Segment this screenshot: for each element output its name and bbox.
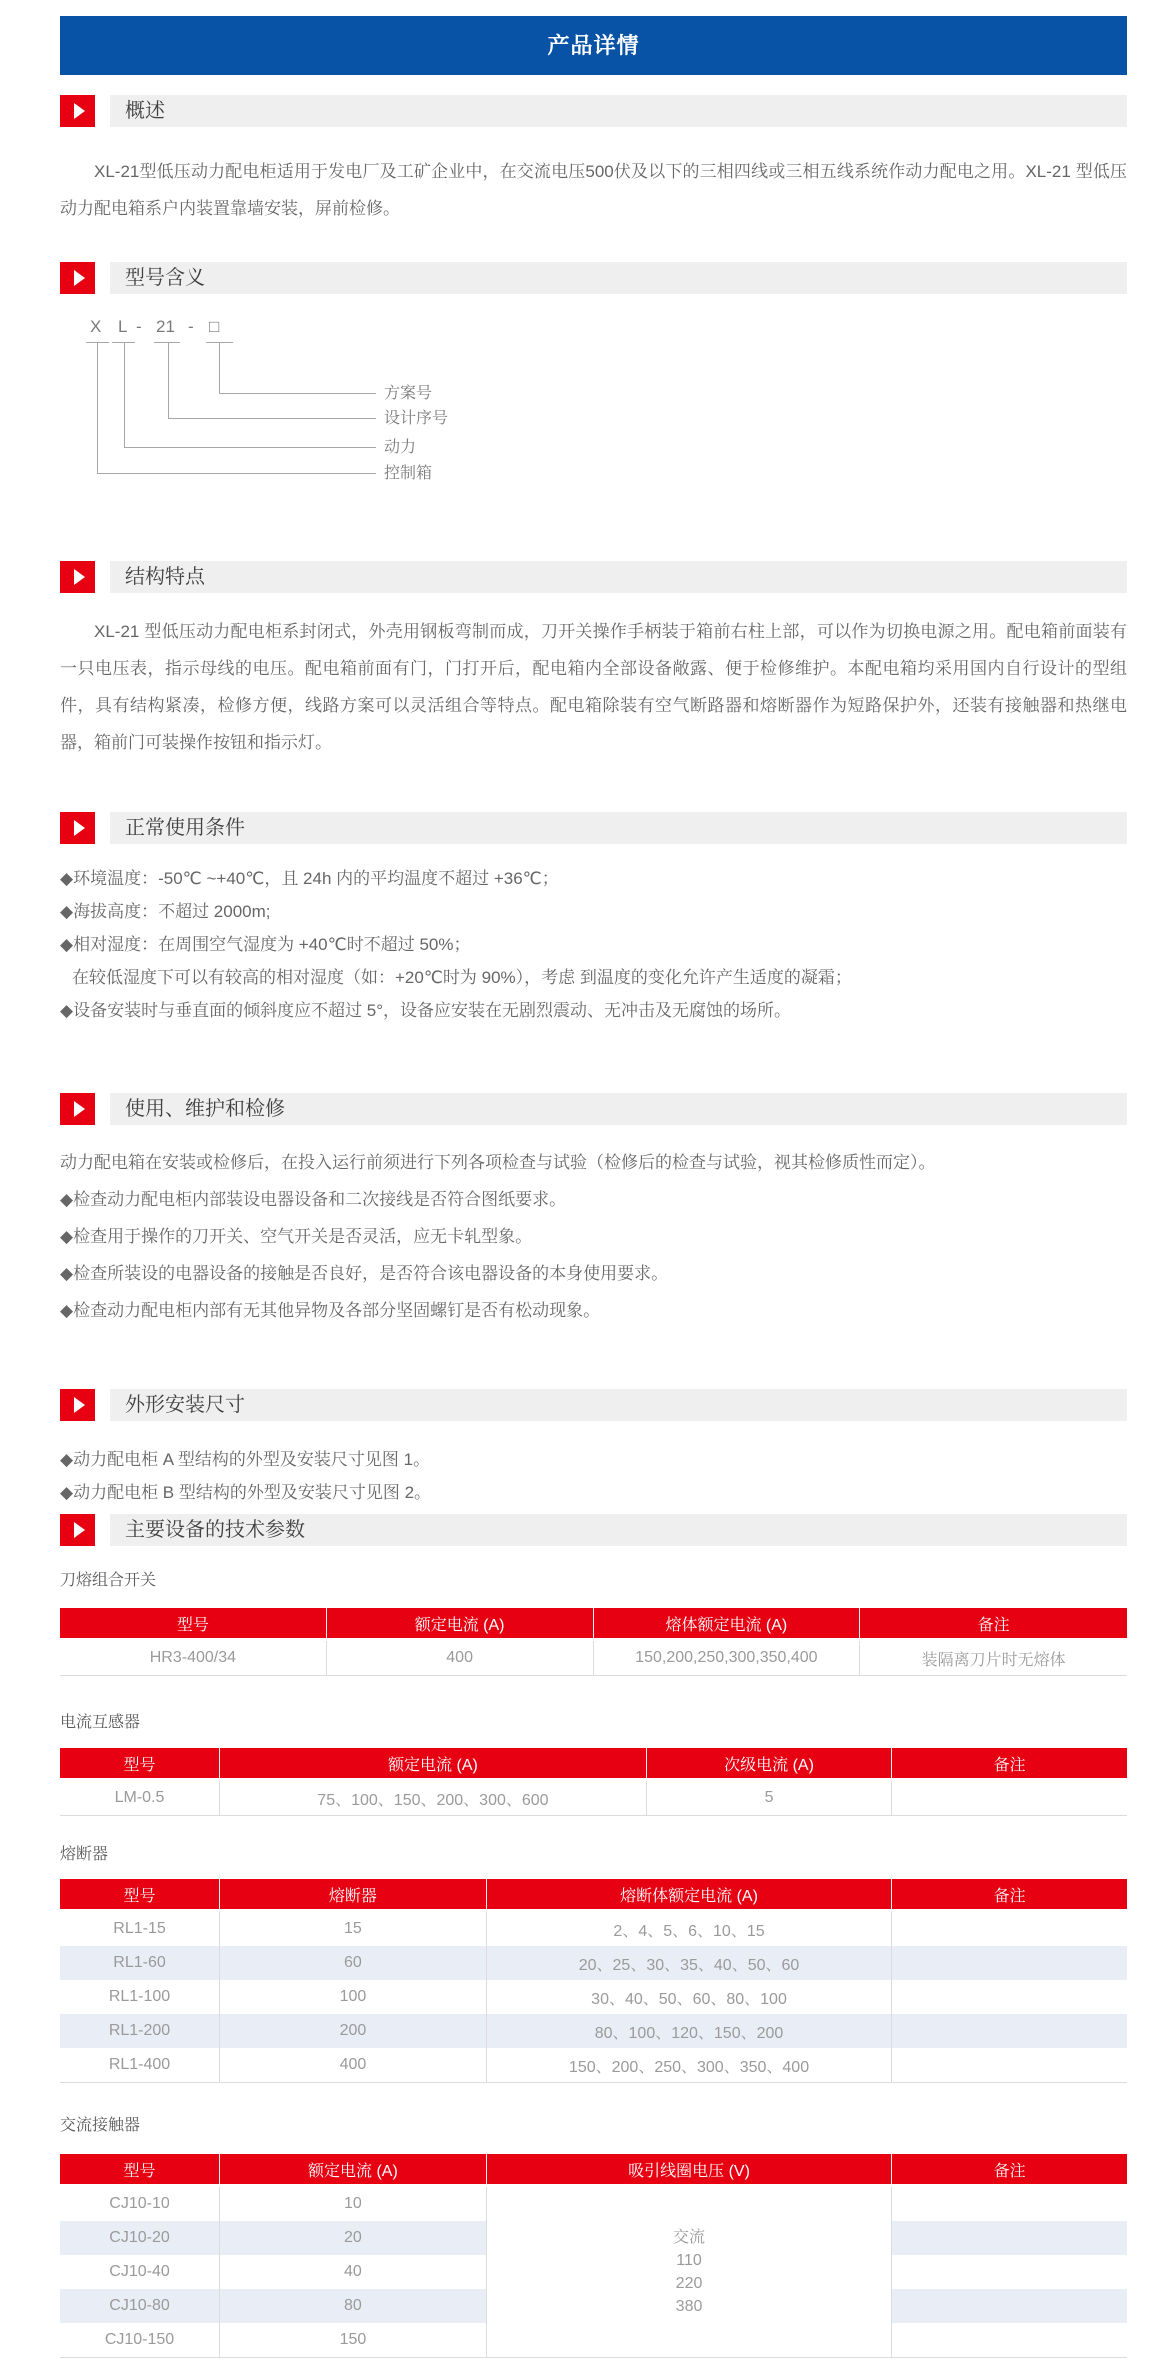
table-cell: 10 <box>220 2187 487 2221</box>
column-header: 吸引线圈电压 (V) <box>487 2154 892 2187</box>
table-cell: RL1-15 <box>60 1912 220 1946</box>
table-cell: RL1-400 <box>60 2048 220 2082</box>
column-header: 备注 <box>860 1608 1127 1641</box>
table-row: CJ10-10 10 交流 110 220 380 <box>60 2187 1127 2221</box>
column-header: 熔断体额定电流 (A) <box>487 1879 892 1912</box>
table-cell <box>892 1946 1127 1980</box>
table-cell: 80 <box>220 2289 487 2323</box>
structure-paragraph: XL-21 型低压动力配电柜系封闭式，外壳用钢板弯制而成，刀开关操作手柄装于箱前… <box>60 613 1127 761</box>
table-cell: 2、4、5、6、10、15 <box>487 1912 892 1946</box>
table-cell: RL1-60 <box>60 1946 220 1980</box>
maintenance-item: ◆检查所装设的电器设备的接触是否良好，是否符合该电器设备的本身使用要求。 <box>60 1255 1127 1292</box>
play-triangle-icon <box>74 569 85 585</box>
diagram-connector-line <box>97 342 376 474</box>
model-code-part: X <box>90 316 101 338</box>
table-cell: 400 <box>327 1641 594 1675</box>
condition-item: ◆设备安装时与垂直面的倾斜度应不超过 5°，设备应安装在无剧烈震动、无冲击及无腐… <box>60 994 1127 1027</box>
section-arrow-icon <box>60 561 95 593</box>
ac-contactor-table: 型号 额定电流 (A) 吸引线圈电压 (V) 备注 CJ10-10 10 交流 … <box>60 2154 1127 2358</box>
coil-voltage-line: 交流 <box>487 2226 891 2249</box>
table-row: RL1-200 200 80、100、120、150、200 <box>60 2014 1127 2048</box>
condition-item: ◆环境温度：-50℃ ~+40℃，且 24h 内的平均温度不超过 +36℃； <box>60 862 1127 895</box>
column-header: 型号 <box>60 1879 220 1912</box>
diagram-label: 控制箱 <box>384 464 432 484</box>
table-cell: 5 <box>647 1781 892 1815</box>
page-title: 产品详情 <box>60 16 1127 75</box>
table-row: LM-0.5 75、100、150、200、300、600 5 <box>60 1781 1127 1815</box>
diagram-label: 设计序号 <box>384 409 448 429</box>
play-triangle-icon <box>74 103 85 119</box>
section-title: 外形安装尺寸 <box>110 1389 1127 1421</box>
section-title: 主要设备的技术参数 <box>110 1514 1127 1546</box>
section-arrow-icon <box>60 1514 95 1546</box>
table-header-row: 型号 额定电流 (A) 吸引线圈电压 (V) 备注 <box>60 2154 1127 2187</box>
table-cell <box>892 1912 1127 1946</box>
table-cell <box>892 2048 1127 2082</box>
section-arrow-icon <box>60 95 95 127</box>
table-header-row: 型号 额定电流 (A) 熔体额定电流 (A) 备注 <box>60 1608 1127 1641</box>
table-row: RL1-15 15 2、4、5、6、10、15 <box>60 1912 1127 1946</box>
table-header-row: 型号 熔断器 熔断体额定电流 (A) 备注 <box>60 1879 1127 1912</box>
maintenance-item: ◆检查用于操作的刀开关、空气开关是否灵活，应无卡轧型象。 <box>60 1218 1127 1255</box>
table-cell <box>892 2255 1127 2289</box>
table-cell <box>892 2187 1127 2221</box>
section-arrow-icon <box>60 1389 95 1421</box>
table-cell: 60 <box>220 1946 487 1980</box>
table-cell: LM-0.5 <box>60 1781 220 1815</box>
coil-voltage-merged-cell: 交流 110 220 380 <box>487 2187 892 2357</box>
coil-voltage-line: 220 <box>487 2272 891 2295</box>
maintenance-list: 动力配电箱在安装或检修后，在投入运行前须进行下列各项检查与试验（检修后的检查与试… <box>60 1144 1127 1329</box>
table-cell: 80、100、120、150、200 <box>487 2014 892 2048</box>
table-cell: HR3-400/34 <box>60 1641 327 1675</box>
table-cell: CJ10-20 <box>60 2221 220 2255</box>
section-header-overview: 概述 <box>60 95 1127 127</box>
play-triangle-icon <box>74 270 85 286</box>
table-cell: 15 <box>220 1912 487 1946</box>
condition-item: ◆相对湿度：在周围空气湿度为 +40℃时不超过 50%； <box>60 928 1127 961</box>
column-header: 型号 <box>60 1748 220 1781</box>
model-code-part: - <box>188 316 194 338</box>
section-title: 结构特点 <box>110 561 1127 593</box>
section-arrow-icon <box>60 262 95 294</box>
knife-fuse-switch-table: 型号 额定电流 (A) 熔体额定电流 (A) 备注 HR3-400/34 400… <box>60 1608 1127 1676</box>
table-cell <box>892 2289 1127 2323</box>
play-triangle-icon <box>74 820 85 836</box>
table-cell: 200 <box>220 2014 487 2048</box>
table-cell: RL1-100 <box>60 1980 220 2014</box>
section-arrow-icon <box>60 812 95 844</box>
section-title: 正常使用条件 <box>110 812 1127 844</box>
maintenance-item: ◆检查动力配电柜内部装设电器设备和二次接线是否符合图纸要求。 <box>60 1181 1127 1218</box>
coil-voltage-line: 380 <box>487 2295 891 2318</box>
model-code-part: L <box>118 316 127 338</box>
table-cell: 150、200、250、300、350、400 <box>487 2048 892 2082</box>
column-header: 额定电流 (A) <box>220 1748 647 1781</box>
section-title: 概述 <box>110 95 1127 127</box>
condition-item: ◆海拔高度：不超过 2000m; <box>60 895 1127 928</box>
table-row: RL1-400 400 150、200、250、300、350、400 <box>60 2048 1127 2082</box>
maintenance-item: 动力配电箱在安装或检修后，在投入运行前须进行下列各项检查与试验（检修后的检查与试… <box>60 1144 1127 1181</box>
column-header: 额定电流 (A) <box>327 1608 594 1641</box>
table-cell: CJ10-150 <box>60 2323 220 2357</box>
table-row: RL1-60 60 20、25、30、35、40、50、60 <box>60 1946 1127 1980</box>
maintenance-item: ◆检查动力配电柜内部有无其他异物及各部分坚固螺钉是否有松动现象。 <box>60 1292 1127 1329</box>
section-header-structure: 结构特点 <box>60 561 1127 593</box>
coil-voltage-line: 110 <box>487 2249 891 2272</box>
table-title-knife-fuse-switch: 刀熔组合开关 <box>60 1570 1127 1592</box>
column-header: 型号 <box>60 2154 220 2187</box>
column-header: 备注 <box>892 1879 1127 1912</box>
table-cell <box>892 1980 1127 2014</box>
diagram-label: 动力 <box>384 438 416 458</box>
table-cell <box>892 1781 1127 1815</box>
table-cell: 30、40、50、60、80、100 <box>487 1980 892 2014</box>
table-title-ac-contactor: 交流接触器 <box>60 2115 1127 2137</box>
column-header: 额定电流 (A) <box>220 2154 487 2187</box>
play-triangle-icon <box>74 1101 85 1117</box>
fuse-table: 型号 熔断器 熔断体额定电流 (A) 备注 RL1-15 15 2、4、5、6、… <box>60 1879 1127 2083</box>
table-cell: CJ10-40 <box>60 2255 220 2289</box>
section-header-conditions: 正常使用条件 <box>60 812 1127 844</box>
model-code-diagram: X L - 21 - □ 方案号 设计序号 动力 控制箱 <box>60 316 1127 498</box>
table-cell: CJ10-80 <box>60 2289 220 2323</box>
column-header: 熔断器 <box>220 1879 487 1912</box>
current-transformer-table: 型号 额定电流 (A) 次级电流 (A) 备注 LM-0.5 75、100、15… <box>60 1748 1127 1816</box>
table-cell <box>892 2221 1127 2255</box>
table-cell: 装隔离刀片时无熔体 <box>860 1641 1127 1675</box>
table-cell: RL1-200 <box>60 2014 220 2048</box>
table-cell: 20、25、30、35、40、50、60 <box>487 1946 892 1980</box>
page-content: 产品详情 概述 XL-21型低压动力配电柜适用于发电厂及工矿企业中，在交流电压5… <box>60 16 1127 2358</box>
conditions-list: ◆环境温度：-50℃ ~+40℃，且 24h 内的平均温度不超过 +36℃； ◆… <box>60 862 1127 1027</box>
column-header: 备注 <box>892 2154 1127 2187</box>
column-header: 熔体额定电流 (A) <box>594 1608 861 1641</box>
table-cell: 400 <box>220 2048 487 2082</box>
section-header-dimensions: 外形安装尺寸 <box>60 1389 1127 1421</box>
section-arrow-icon <box>60 1093 95 1125</box>
table-cell: CJ10-10 <box>60 2187 220 2221</box>
condition-item: 在较低湿度下可以有较高的相对湿度（如：+20℃时为 90%），考虑 到温度的变化… <box>60 961 1127 994</box>
table-cell: 75、100、150、200、300、600 <box>220 1781 647 1815</box>
table-title-current-transformer: 电流互感器 <box>60 1712 1127 1734</box>
table-row: RL1-100 100 30、40、50、60、80、100 <box>60 1980 1127 2014</box>
diagram-label: 方案号 <box>384 384 432 404</box>
play-triangle-icon <box>74 1397 85 1413</box>
overview-paragraph: XL-21型低压动力配电柜适用于发电厂及工矿企业中，在交流电压500伏及以下的三… <box>60 153 1127 227</box>
table-cell <box>892 2014 1127 2048</box>
table-cell: 100 <box>220 1980 487 2014</box>
column-header: 备注 <box>892 1748 1127 1781</box>
column-header: 型号 <box>60 1608 327 1641</box>
table-cell <box>892 2323 1127 2357</box>
table-cell: 150 <box>220 2323 487 2357</box>
section-title: 型号含义 <box>110 262 1127 294</box>
section-header-parameters: 主要设备的技术参数 <box>60 1514 1127 1546</box>
section-header-model-meaning: 型号含义 <box>60 262 1127 294</box>
dimension-item: ◆动力配电柜 A 型结构的外型及安装尺寸见图 1。 <box>60 1443 1127 1476</box>
table-header-row: 型号 额定电流 (A) 次级电流 (A) 备注 <box>60 1748 1127 1781</box>
dimensions-list: ◆动力配电柜 A 型结构的外型及安装尺寸见图 1。 ◆动力配电柜 B 型结构的外… <box>60 1443 1127 1509</box>
column-header: 次级电流 (A) <box>647 1748 892 1781</box>
section-header-maintenance: 使用、维护和检修 <box>60 1093 1127 1125</box>
dimension-item: ◆动力配电柜 B 型结构的外型及安装尺寸见图 2。 <box>60 1476 1127 1509</box>
table-cell: 20 <box>220 2221 487 2255</box>
section-title: 使用、维护和检修 <box>110 1093 1127 1125</box>
model-code-placeholder-box: □ <box>209 316 219 338</box>
table-cell: 150,200,250,300,350,400 <box>594 1641 861 1675</box>
table-cell: 40 <box>220 2255 487 2289</box>
model-code-part: 21 <box>156 316 175 338</box>
table-title-fuse: 熔断器 <box>60 1844 1127 1866</box>
table-row: HR3-400/34 400 150,200,250,300,350,400 装… <box>60 1641 1127 1675</box>
play-triangle-icon <box>74 1522 85 1538</box>
model-code-part: - <box>136 316 142 338</box>
